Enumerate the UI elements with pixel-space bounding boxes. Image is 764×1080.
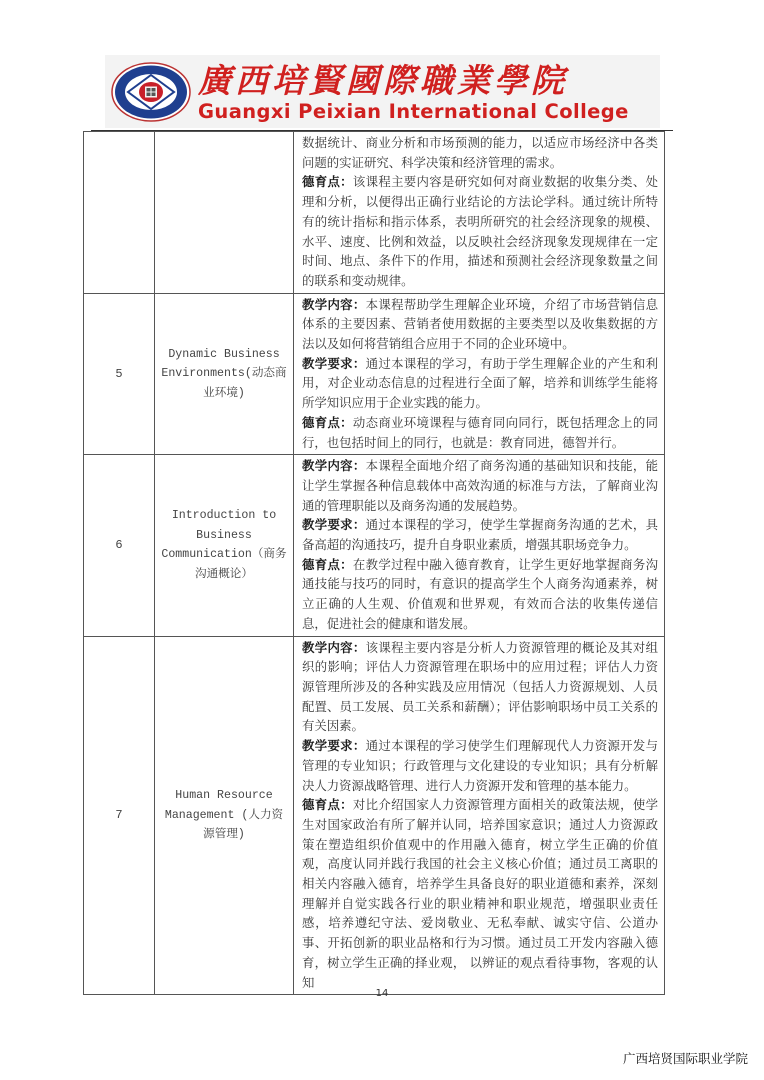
course-description: 数据统计、商业分析和市场预测的能力，以适应市场经济中各类问题的实证研究、科学决策… [294,132,665,294]
course-number: 7 [84,636,155,995]
content-label: 教学内容： [302,297,366,312]
desc-paragraph: 教学内容：本课程全面地介绍了商务沟通的基础知识和技能，能让学生掌握各种信息载体中… [302,456,658,515]
college-emblem-icon [110,61,192,123]
course-name: Dynamic Business Environments(动态商业环境) [155,293,294,455]
desc-paragraph: 德育点：该课程主要内容是研究如何对商业数据的收集分类、处理和分析，以便得出正确行… [302,172,658,290]
table-row: 7 Human Resource Management (人力资源管理) 教学内… [84,636,665,995]
college-name-cn: 廣西培賢國際職業學院 [198,61,629,101]
desc-paragraph: 德育点：动态商业环境课程与德育同向同行，既包括理念上的同行，也包括时间上的同行，… [302,413,658,452]
college-name-en: Guangxi Peixian International College [198,101,629,123]
moral-point-label: 德育点： [302,557,353,572]
course-name: Human Resource Management (人力资源管理) [155,636,294,995]
requirement-label: 教学要求： [302,738,366,753]
course-number: 5 [84,293,155,455]
course-number [84,132,155,294]
course-description: 教学内容：本课程全面地介绍了商务沟通的基础知识和技能，能让学生掌握各种信息载体中… [294,455,665,636]
requirement-label: 教学要求： [302,356,366,371]
desc-paragraph: 教学要求：通过本课程的学习，有助于学生理解企业的产生和利用，对企业动态信息的过程… [302,354,658,413]
table-row: 6 Introduction to Business Communication… [84,455,665,636]
moral-point-label: 德育点： [302,415,353,430]
desc-paragraph: 教学要求：通过本课程的学习，使学生掌握商务沟通的艺术，具备高超的沟通技巧，提升自… [302,515,658,554]
desc-paragraph: 教学内容：该课程主要内容是分析人力资源管理的概论及其对组织的影响；评估人力资源管… [302,638,658,737]
course-name [155,132,294,294]
footer-college-name: 广西培贤国际职业学院 [623,1049,748,1067]
course-table: 数据统计、商业分析和市场预测的能力，以适应市场经济中各类问题的实证研究、科学决策… [83,131,665,995]
content-label: 教学内容： [302,640,366,655]
desc-paragraph: 教学内容：本课程帮助学生理解企业环境，介绍了市场营销信息体系的主要因素、营销者使… [302,295,658,354]
header-banner: 廣西培賢國際職業學院 Guangxi Peixian International… [105,55,660,128]
moral-point-label: 德育点： [302,174,353,189]
page-number: 14 [0,988,764,999]
course-number: 6 [84,455,155,636]
requirement-label: 教学要求： [302,517,366,532]
course-description: 教学内容：本课程帮助学生理解企业环境，介绍了市场营销信息体系的主要因素、营销者使… [294,293,665,455]
desc-paragraph: 德育点：对比介绍国家人力资源管理方面相关的政策法规，使学生对国家政治有所了解并认… [302,795,658,992]
table-row: 数据统计、商业分析和市场预测的能力，以适应市场经济中各类问题的实证研究、科学决策… [84,132,665,294]
desc-paragraph: 教学要求：通过本课程的学习使学生们理解现代人力资源开发与管理的专业知识；行政管理… [302,736,658,795]
content-label: 教学内容： [302,458,366,473]
course-description: 教学内容：该课程主要内容是分析人力资源管理的概论及其对组织的影响；评估人力资源管… [294,636,665,995]
moral-point-label: 德育点： [302,797,353,812]
table-row: 5 Dynamic Business Environments(动态商业环境) … [84,293,665,455]
course-name: Introduction to Business Communication（商… [155,455,294,636]
desc-paragraph: 数据统计、商业分析和市场预测的能力，以适应市场经济中各类问题的实证研究、科学决策… [302,133,658,172]
desc-paragraph: 德育点：在教学过程中融入德育教育，让学生更好地掌握商务沟通技能与技巧的同时，有意… [302,555,658,634]
